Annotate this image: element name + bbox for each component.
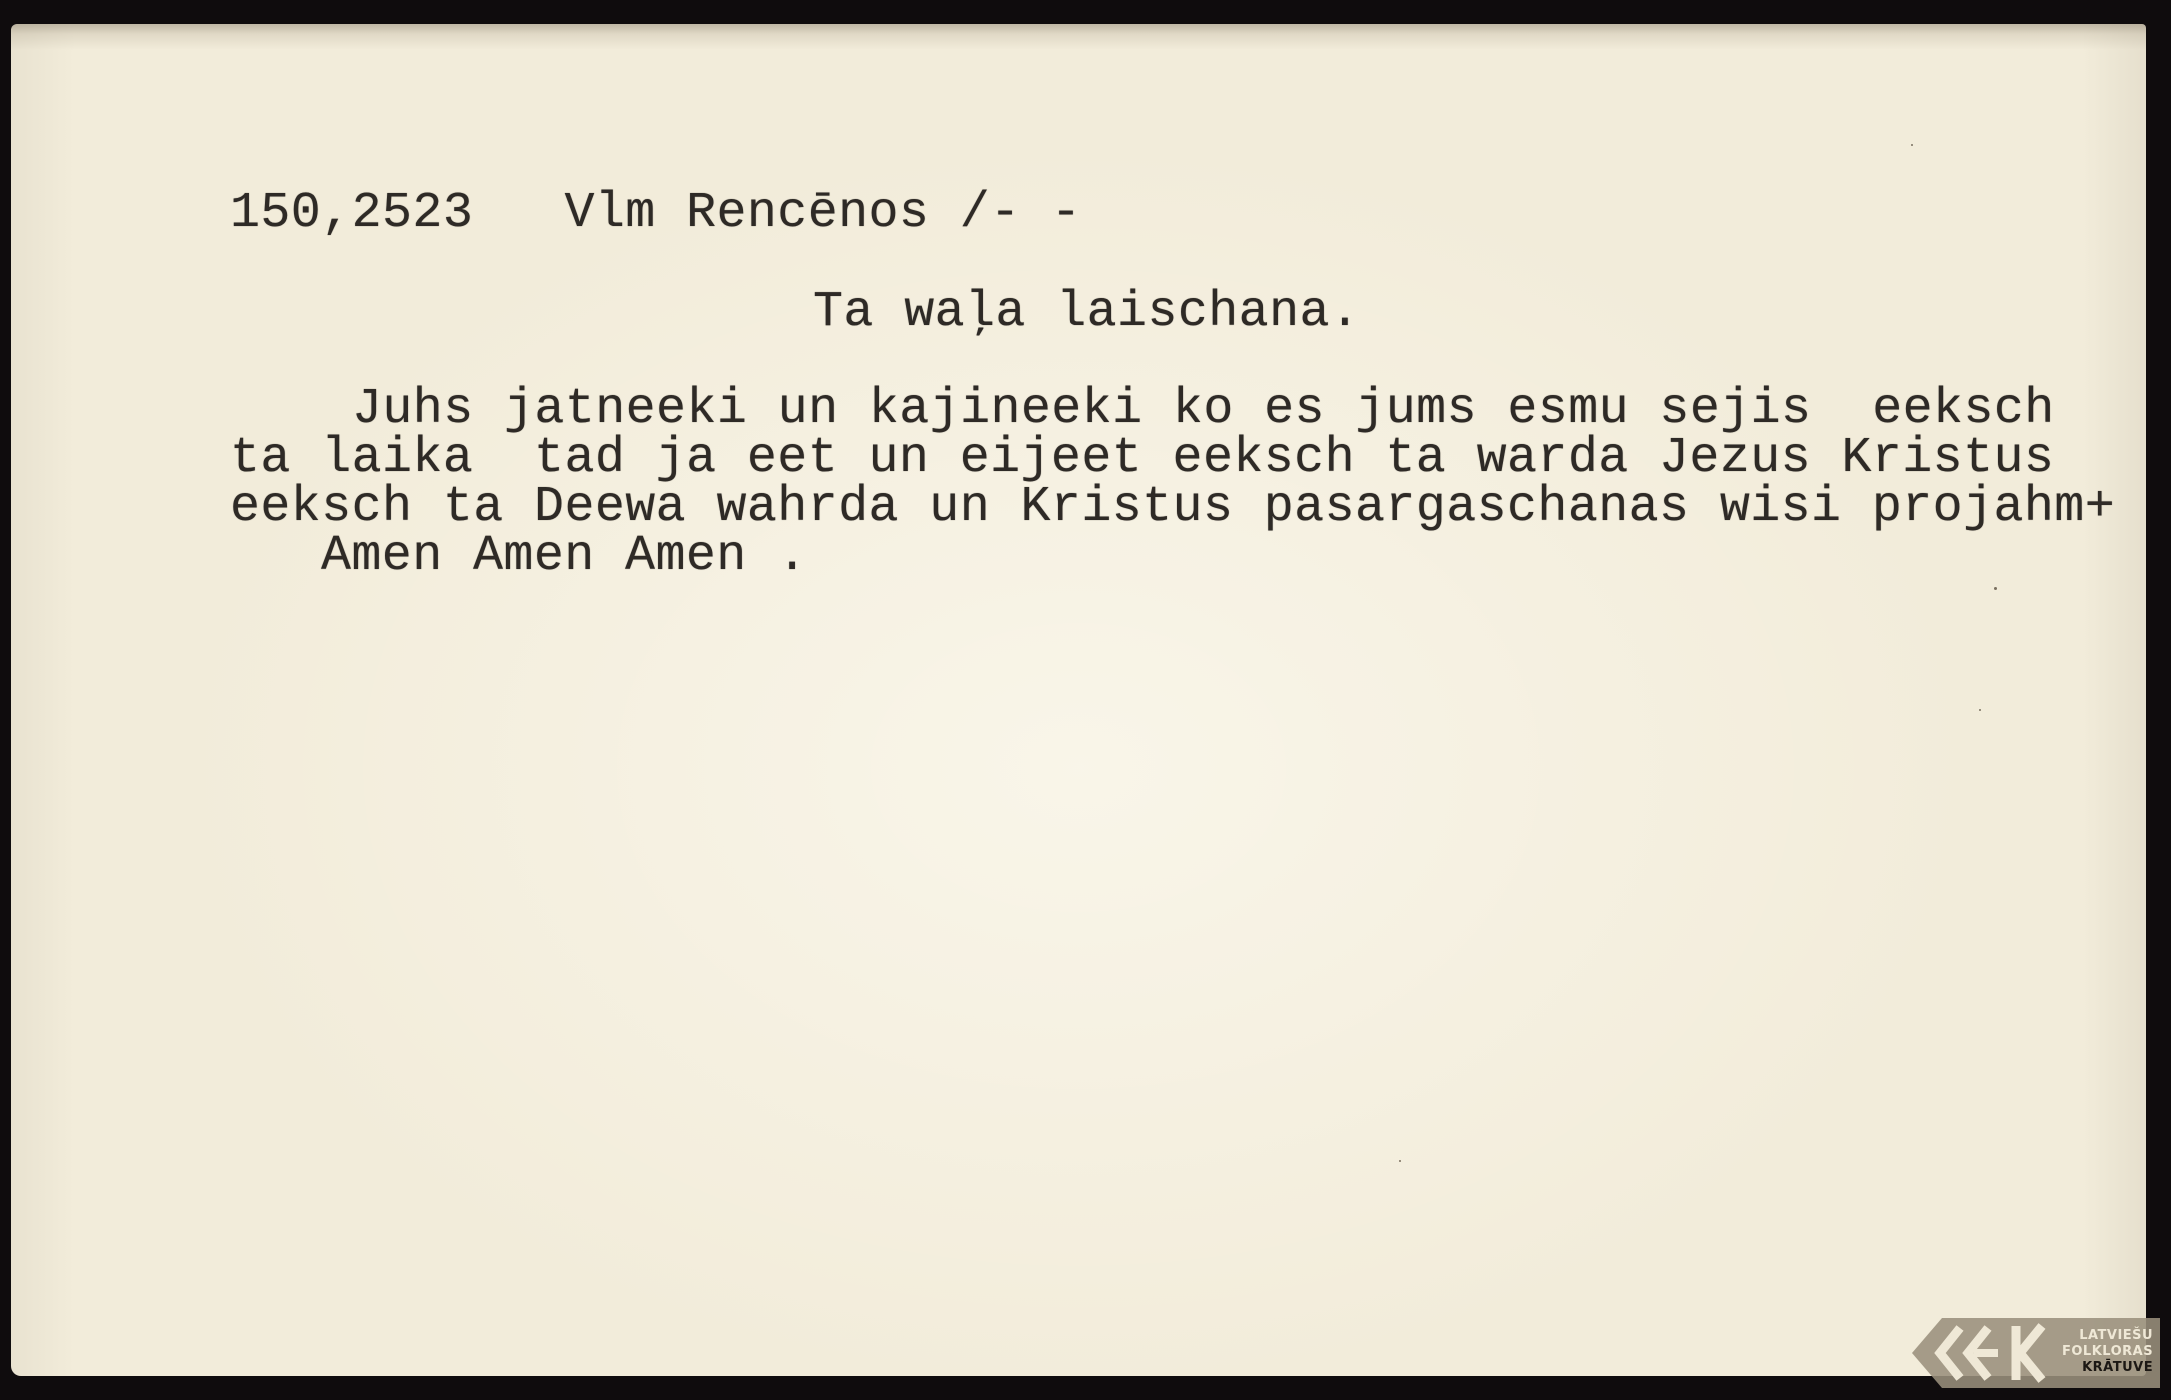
paper-speck xyxy=(1911,144,1913,146)
paper-speck xyxy=(1994,587,1997,590)
index-card: 150,2523 Vlm Rencēnos /- - Ta waļa laisc… xyxy=(11,24,2146,1376)
body-line-closing: Amen Amen Amen . xyxy=(321,532,807,582)
header-gap xyxy=(473,185,564,242)
card-title: Ta waļa laischana. xyxy=(813,288,1360,338)
catalog-number: 150,2523 xyxy=(230,185,473,242)
watermark-line: LATVIEŠU xyxy=(2062,1328,2153,1344)
scanned-archive-card: 150,2523 Vlm Rencēnos /- - Ta waļa laisc… xyxy=(0,0,2171,1400)
card-header: 150,2523 Vlm Rencēnos /- - xyxy=(230,189,1081,239)
body-line: Juhs jatneeki un kajineeki ko es jums es… xyxy=(352,385,2055,435)
location-label: Vlm Rencēnos /- - xyxy=(564,185,1081,242)
watermark-line: FOLKLORAS xyxy=(2062,1344,2153,1360)
archive-watermark: LATVIEŠU FOLKLORAS KRĀTUVE xyxy=(1912,1318,2160,1388)
body-line: ta laika tad ja eet un eijeet eeksch ta … xyxy=(230,434,2054,484)
paper-speck xyxy=(1979,709,1981,711)
paper-speck xyxy=(1399,1160,1401,1162)
watermark-line: KRĀTUVE xyxy=(2062,1360,2153,1376)
body-line: eeksch ta Deewa wahrda un Kristus pasarg… xyxy=(230,483,2115,533)
watermark-text: LATVIEŠU FOLKLORAS KRĀTUVE xyxy=(2062,1328,2153,1376)
